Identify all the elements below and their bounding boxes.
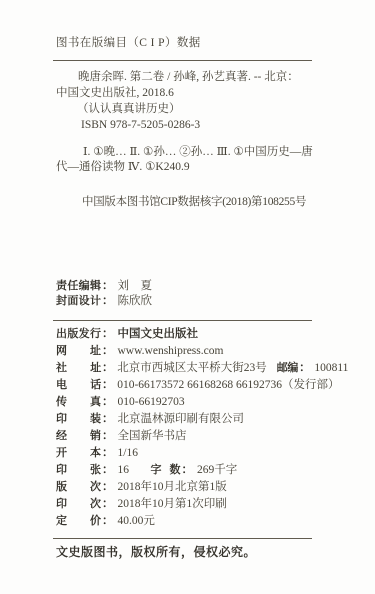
- credits-block: 责任编辑：刘 夏 封面设计：陈欣欣: [56, 279, 325, 310]
- website-value: www.wenshipress.com: [118, 345, 224, 357]
- postcode-label: 邮编: [277, 362, 298, 374]
- copyright-page: 图书在版编目（C I P）数据 晚唐余晖. 第二卷 / 孙峰, 孙艺真著. --…: [0, 0, 375, 594]
- isbn-number: ISBN 978-7-5205-0286-3: [56, 117, 325, 133]
- phone-row: 电话：010-66173572 66168268 66192736（发行部）: [56, 377, 325, 394]
- distributor-row: 经销：全国新华书店: [56, 428, 325, 445]
- cip-series-title: （认认真真讲历史）: [56, 101, 325, 117]
- cip-header: 图书在版编目（C I P）数据: [56, 36, 325, 50]
- distributor-label: 经销: [56, 428, 101, 445]
- edition-value: 2018年10月北京第1版: [118, 481, 227, 493]
- publishing-info-block: 出版发行：中国文史出版社 网址：www.wenshipress.com 社址：北…: [56, 326, 325, 530]
- sheets-row: 印张：16字数：269千字: [56, 462, 325, 479]
- publisher-value: 中国文史出版社: [118, 328, 199, 340]
- postcode-value: 100811: [314, 362, 348, 374]
- wordcount-label: 字数: [151, 462, 181, 479]
- colon: ：: [102, 379, 113, 391]
- cover-designer-row: 封面设计：陈欣欣: [56, 294, 325, 310]
- colon: ：: [102, 447, 114, 459]
- editor-label: 责任编辑: [56, 279, 101, 295]
- sheets-value: 16: [118, 462, 151, 479]
- address-label: 社址: [56, 360, 101, 377]
- colon: ：: [102, 328, 114, 340]
- colon: ：: [102, 515, 114, 527]
- colon: ：: [102, 413, 114, 425]
- cover-designer-label: 封面设计: [56, 294, 101, 310]
- colon: ：: [102, 430, 114, 442]
- copyright-notice: 文史版图书，版权所有，侵权必究。: [56, 545, 325, 560]
- cip-publisher-line: 中国文史出版社, 2018.6: [56, 85, 325, 101]
- publisher-row: 出版发行：中国文史出版社: [56, 326, 325, 343]
- impression-value: 2018年10月第1次印刷: [118, 498, 227, 510]
- divider-middle: [53, 320, 312, 321]
- wordcount-value: 269千字: [197, 464, 237, 476]
- editor-row: 责任编辑：刘 夏: [56, 279, 325, 295]
- cover-designer-name: 陈欣欣: [118, 295, 153, 307]
- fax-row: 传真：010-66192703: [56, 394, 325, 411]
- edition-label: 版次: [56, 479, 101, 496]
- address-value: 北京市西城区太平桥大街23号: [117, 362, 267, 374]
- colon: ：: [102, 464, 114, 476]
- colon: ：: [102, 362, 113, 374]
- colon: ：: [182, 464, 194, 476]
- price-row: 定价：40.00元: [56, 513, 325, 530]
- website-label: 网址: [56, 343, 101, 360]
- colon: ：: [102, 396, 114, 408]
- colon: ：: [102, 280, 114, 292]
- format-row: 开本：1/16: [56, 445, 325, 462]
- impression-row: 印次：2018年10月第1次印刷: [56, 496, 325, 513]
- phone-value: 010-66173572 66168268 66192736（发行部）: [117, 379, 339, 391]
- printer-value: 北京温林源印刷有限公司: [118, 413, 245, 425]
- distributor-value: 全国新华书店: [118, 430, 187, 442]
- publisher-label: 出版发行: [56, 326, 101, 343]
- cip-classification: Ⅰ. ①晚… Ⅱ. ①孙… ②孙… Ⅲ. ①中国历史—唐 代—通俗读物 Ⅳ. ①…: [56, 145, 325, 176]
- printer-label: 印装: [56, 411, 101, 428]
- price-label: 定价: [56, 513, 101, 530]
- divider-top: [53, 60, 312, 61]
- classification-line-1: Ⅰ. ①晚… Ⅱ. ①孙… ②孙… Ⅲ. ①中国历史—唐: [56, 145, 325, 161]
- editor-name: 刘 夏: [118, 280, 153, 292]
- website-row: 网址：www.wenshipress.com: [56, 343, 325, 360]
- sheets-label: 印张: [56, 462, 101, 479]
- colon: ：: [102, 295, 114, 307]
- format-value: 1/16: [118, 447, 138, 459]
- cip-description: 晚唐余晖. 第二卷 / 孙峰, 孙艺真著. -- 北京： 中国文史出版社, 20…: [56, 69, 325, 133]
- fax-label: 传真: [56, 394, 101, 411]
- impression-label: 印次: [56, 496, 101, 513]
- edition-row: 版次：2018年10月北京第1版: [56, 479, 325, 496]
- format-label: 开本: [56, 445, 101, 462]
- postcode-group: 邮编：100811: [277, 362, 349, 374]
- colon: ：: [299, 362, 310, 374]
- cip-record-number: 中国版本图书馆CIP数据核字(2018)第108255号: [56, 194, 325, 211]
- colon: ：: [102, 481, 114, 493]
- address-row: 社址：北京市西城区太平桥大街23号邮编：100811: [56, 360, 325, 377]
- classification-line-2: 代—通俗读物 Ⅳ. ①K240.9: [56, 160, 325, 176]
- colon: ：: [102, 345, 114, 357]
- phone-label: 电话: [56, 377, 101, 394]
- divider-bottom: [53, 538, 312, 539]
- fax-value: 010-66192703: [118, 396, 185, 408]
- price-value: 40.00元: [118, 515, 155, 527]
- cip-title-statement: 晚唐余晖. 第二卷 / 孙峰, 孙艺真著. -- 北京：: [56, 69, 325, 85]
- colon: ：: [102, 498, 114, 510]
- printer-row: 印装：北京温林源印刷有限公司: [56, 411, 325, 428]
